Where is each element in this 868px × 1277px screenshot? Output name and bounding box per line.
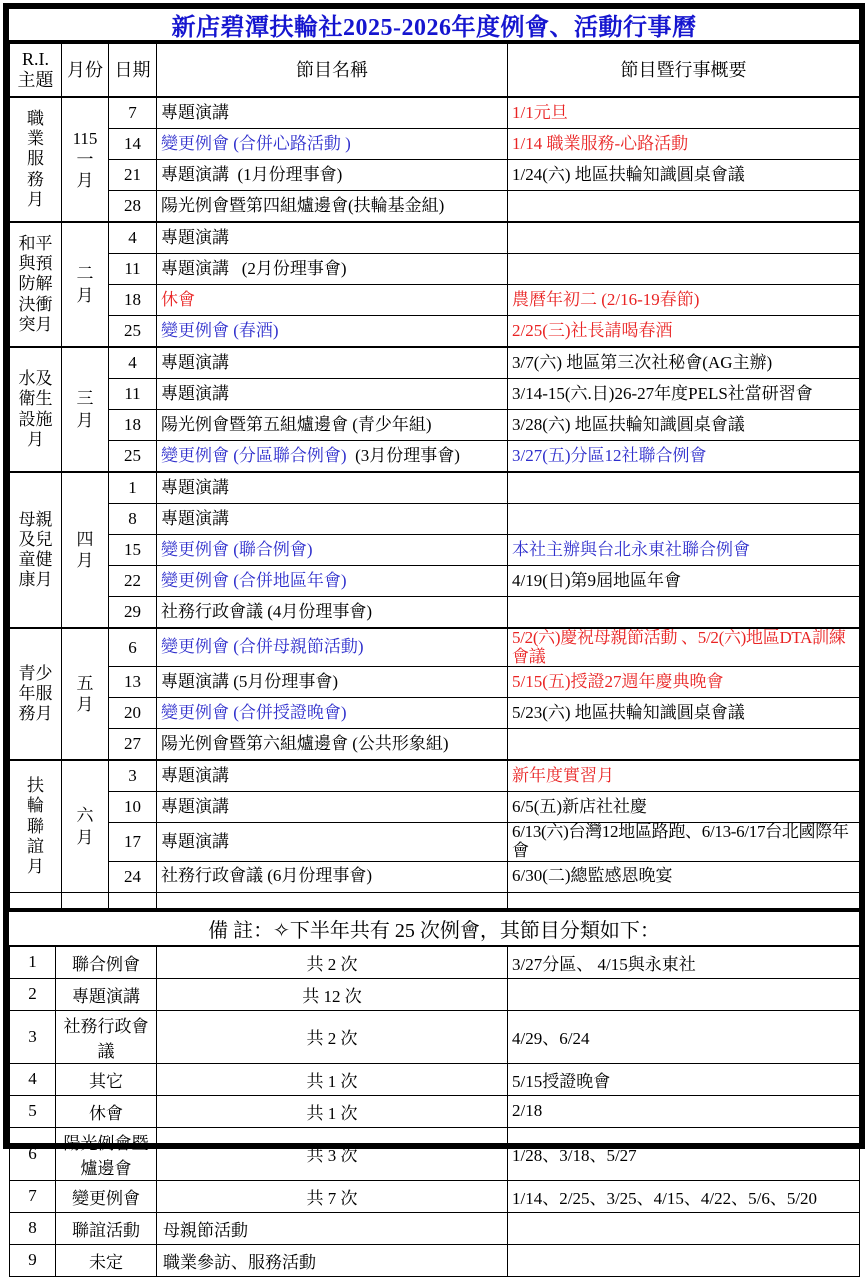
program-cell: 變更例會 (春酒) — [157, 316, 508, 348]
calendar-row-month4-29: 29社務行政會議 (4月份理事會) — [10, 597, 860, 629]
calendar-row-month6-10: 10專題演講6/5(五)新店社社慶 — [10, 792, 860, 823]
summary-cell — [508, 191, 860, 223]
date-cell: 18 — [109, 285, 157, 316]
summary-row-1: 1聯合例會共 2 次3/27分區、 4/15與永東社 — [10, 946, 860, 978]
program-cell: 專題演講 — [157, 379, 508, 410]
program-text: 專題演講 (5月份理事會) — [161, 672, 338, 691]
program-cell: 休會 — [157, 285, 508, 316]
summary-no-cell: 3 — [10, 1010, 56, 1063]
summary-count-cell: 共 1 次 — [157, 1095, 508, 1127]
summary-cell — [508, 597, 860, 629]
summary-count-cell: 共 7 次 — [157, 1180, 508, 1212]
program-text: 專題演講 — [161, 478, 229, 497]
summary-row-7: 7變更例會共 7 次1/14、2/25、3/25、4/15、4/22、5/6、5… — [10, 1180, 860, 1212]
date-cell: 24 — [109, 861, 157, 892]
calendar-row-month1-7: 職業服務月115一月7專題演講1/1元旦 — [10, 97, 860, 129]
header-ri-line2: 主題 — [11, 70, 60, 91]
program-cell: 社務行政會議 (6月份理事會) — [157, 861, 508, 892]
date-cell: 14 — [109, 129, 157, 160]
program-cell: 專題演講 — [157, 760, 508, 792]
program-text: 專題演講 — [161, 228, 229, 247]
summary-cell: 6/13(六)台灣12地區路跑、6/13-6/17台北國際年會 — [508, 823, 860, 861]
program-cell: 專題演講 — [157, 823, 508, 861]
header-ri-theme: R.I. 主題 — [10, 44, 62, 98]
program-text: 專題演講 — [161, 766, 229, 785]
summary-no-cell: 1 — [10, 946, 56, 978]
summary-row-9: 9未定職業參訪、服務活動 — [10, 1244, 860, 1276]
summary-category-cell: 聯合例會 — [56, 946, 157, 978]
theme-cell-month2: 和平與預防解決衝突月 — [10, 222, 62, 347]
program-text: 陽光例會暨第六組爐邊會 (公共形象組) — [161, 734, 449, 753]
calendar-row-month5-27: 27陽光例會暨第六組爐邊會 (公共形象組) — [10, 729, 860, 761]
summary-category-cell: 其它 — [56, 1063, 157, 1095]
summary-detail-cell: 1/28、3/18、5/27 — [508, 1127, 860, 1180]
program-text: 休會 — [161, 290, 195, 309]
summary-count-cell: 共 1 次 — [157, 1063, 508, 1095]
empty-cell — [508, 892, 860, 908]
summary-detail-cell — [508, 1244, 860, 1276]
program-text: 變更例會 (聯合例會) — [161, 540, 313, 559]
date-cell: 3 — [109, 760, 157, 792]
summary-detail-cell: 1/14、2/25、3/25、4/15、4/22、5/6、5/20 — [508, 1180, 860, 1212]
empty-cell — [62, 892, 109, 908]
program-text: 社務行政會議 (6月份理事會) — [161, 866, 372, 885]
calendar-row-month1-28: 28陽光例會暨第四組爐邊會(扶輪基金組) — [10, 191, 860, 223]
calendar-table: R.I. 主題 月份 日期 節目名稱 節目暨行事概要 職業服務月115一月7專題… — [9, 43, 860, 909]
theme-cell-month6: 扶輪聯誼月 — [10, 760, 62, 892]
program-text: 變更例會 (合併心路活動 ) — [161, 134, 351, 153]
summary-count-cell: 共 3 次 — [157, 1127, 508, 1180]
program-text: 專題演講 — [161, 103, 229, 122]
summary-cell: 3/28(六) 地區扶輪知識圓桌會議 — [508, 410, 860, 441]
program-text: 專題演講 (2月份理事會) — [161, 259, 347, 278]
date-cell: 11 — [109, 379, 157, 410]
program-cell: 專題演講 — [157, 347, 508, 379]
header-date: 日期 — [109, 44, 157, 98]
program-cell: 變更例會 (合併心路活動 ) — [157, 129, 508, 160]
summary-row-6: 6陽光例會暨爐邊會共 3 次1/28、3/18、5/27 — [10, 1127, 860, 1180]
summary-no-cell: 4 — [10, 1063, 56, 1095]
theme-cell-month4: 母親及兒童健康月 — [10, 472, 62, 628]
summary-detail-cell — [508, 1212, 860, 1244]
program-text: 社務行政會議 (4月份理事會) — [161, 602, 372, 621]
date-cell: 18 — [109, 410, 157, 441]
header-program: 節目名稱 — [157, 44, 508, 98]
calendar-row-month6-24: 24社務行政會議 (6月份理事會)6/30(二)總監感恩晚宴 — [10, 861, 860, 892]
date-cell: 6 — [109, 628, 157, 667]
summary-count-cell: 共 2 次 — [157, 1010, 508, 1063]
calendar-row-month2-18: 18休會農曆年初二 (2/16-19春節) — [10, 285, 860, 316]
summary-cell: 2/25(三)社長請喝春酒 — [508, 316, 860, 348]
calendar-row-month3-18: 18陽光例會暨第五組爐邊會 (青少年組)3/28(六) 地區扶輪知識圓桌會議 — [10, 410, 860, 441]
summary-table: 1聯合例會共 2 次3/27分區、 4/15與永東社2專題演講共 12 次3社務… — [9, 946, 860, 1277]
date-cell: 25 — [109, 441, 157, 473]
summary-cell: 3/7(六) 地區第三次社秘會(AG主辦) — [508, 347, 860, 379]
program-text: 陽光例會暨第四組爐邊會(扶輪基金組) — [161, 196, 444, 215]
month-cell-month5: 五月 — [62, 628, 109, 760]
program-cell: 陽光例會暨第四組爐邊會(扶輪基金組) — [157, 191, 508, 223]
program-cell: 社務行政會議 (4月份理事會) — [157, 597, 508, 629]
calendar-row-month5-6: 青少年服務月五月6變更例會 (合併母親節活動)5/2(六)慶祝母親節活動 、5/… — [10, 628, 860, 667]
summary-no-cell: 5 — [10, 1095, 56, 1127]
summary-cell: 4/19(日)第9屆地區年會 — [508, 566, 860, 597]
summary-cell: 6/5(五)新店社社慶 — [508, 792, 860, 823]
date-cell: 27 — [109, 729, 157, 761]
program-text: 專題演講 — [161, 384, 229, 403]
summary-row-3: 3社務行政會議共 2 次4/29、6/24 — [10, 1010, 860, 1063]
program-cell: 專題演講 — [157, 504, 508, 535]
header-summary: 節目暨行事概要 — [508, 44, 860, 98]
summary-cell — [508, 504, 860, 535]
date-cell: 20 — [109, 698, 157, 729]
summary-category-cell: 聯誼活動 — [56, 1212, 157, 1244]
calendar-row-month6-17: 17專題演講6/13(六)台灣12地區路跑、6/13-6/17台北國際年會 — [10, 823, 860, 861]
program-text: 專題演講 — [161, 832, 229, 851]
month-cell-month1: 115一月 — [62, 97, 109, 222]
program-cell: 專題演講 — [157, 222, 508, 254]
summary-cell: 5/23(六) 地區扶輪知識圓桌會議 — [508, 698, 860, 729]
summary-cell: 3/27(五)分區12社聯合例會 — [508, 441, 860, 473]
date-cell: 22 — [109, 566, 157, 597]
date-cell: 15 — [109, 535, 157, 566]
month-cell-month4: 四月 — [62, 472, 109, 628]
summary-row-4: 4其它共 1 次5/15授證晚會 — [10, 1063, 860, 1095]
summary-row-2: 2專題演講共 12 次 — [10, 978, 860, 1010]
calendar-row-month3-11: 11專題演講3/14-15(六.日)26-27年度PELS社當研習會 — [10, 379, 860, 410]
date-cell: 11 — [109, 254, 157, 285]
summary-detail-cell: 4/29、6/24 — [508, 1010, 860, 1063]
empty-cell — [10, 892, 62, 908]
program-cell: 專題演講 (1月份理事會) — [157, 160, 508, 191]
program-cell: 變更例會 (合併授證晚會) — [157, 698, 508, 729]
summary-cell: 1/24(六) 地區扶輪知識圓桌會議 — [508, 160, 860, 191]
date-cell: 1 — [109, 472, 157, 504]
summary-cell — [508, 729, 860, 761]
program-cell: 專題演講 (5月份理事會) — [157, 667, 508, 698]
header-row: R.I. 主題 月份 日期 節目名稱 節目暨行事概要 — [10, 44, 860, 98]
calendar-row-month1-21: 21專題演講 (1月份理事會)1/24(六) 地區扶輪知識圓桌會議 — [10, 160, 860, 191]
program-text: 專題演講 — [161, 797, 229, 816]
summary-detail-cell — [508, 978, 860, 1010]
summary-category-cell: 陽光例會暨爐邊會 — [56, 1127, 157, 1180]
summary-cell — [508, 222, 860, 254]
calendar-row-month4-22: 22變更例會 (合併地區年會)4/19(日)第9屆地區年會 — [10, 566, 860, 597]
note-row: 備 註：✧下半年共有 25 次例會，其節目分類如下： — [9, 909, 859, 946]
summary-cell: 本社主辦與台北永東社聯合例會 — [508, 535, 860, 566]
month-cell-month2: 二月 — [62, 222, 109, 347]
program-extra-text: (3月份理事會) — [347, 446, 460, 465]
summary-count-cell: 共 2 次 — [157, 946, 508, 978]
summary-cell: 農曆年初二 (2/16-19春節) — [508, 285, 860, 316]
calendar-row-month1-14: 14變更例會 (合併心路活動 )1/14 職業服務-心路活動 — [10, 129, 860, 160]
program-text: 變更例會 (合併地區年會) — [161, 571, 347, 590]
program-text: 專題演講 — [161, 353, 229, 372]
program-cell: 陽光例會暨第五組爐邊會 (青少年組) — [157, 410, 508, 441]
date-cell: 7 — [109, 97, 157, 129]
summary-cell: 1/14 職業服務-心路活動 — [508, 129, 860, 160]
title-row: 新店碧潭扶輪社2025-2026年度例會、活動行事曆 — [9, 9, 859, 43]
program-text: 專題演講 — [161, 509, 229, 528]
summary-cell: 1/1元旦 — [508, 97, 860, 129]
date-cell: 25 — [109, 316, 157, 348]
date-cell: 21 — [109, 160, 157, 191]
program-cell: 專題演講 — [157, 792, 508, 823]
summary-count-cell: 母親節活動 — [157, 1212, 508, 1244]
summary-count-cell: 共 12 次 — [157, 978, 508, 1010]
program-cell: 變更例會 (聯合例會) — [157, 535, 508, 566]
date-cell: 13 — [109, 667, 157, 698]
program-cell: 變更例會 (合併地區年會) — [157, 566, 508, 597]
program-text: 陽光例會暨第五組爐邊會 (青少年組) — [161, 415, 432, 434]
program-text: 變更例會 (分區聯合例會) — [161, 446, 347, 465]
summary-cell: 5/2(六)慶祝母親節活動 、5/2(六)地區DTA訓練會議 — [508, 628, 860, 667]
calendar-row-month4-15: 15變更例會 (聯合例會)本社主辦與台北永東社聯合例會 — [10, 535, 860, 566]
calendar-row-month2-11: 11專題演講 (2月份理事會) — [10, 254, 860, 285]
program-cell: 專題演講 (2月份理事會) — [157, 254, 508, 285]
summary-category-cell: 社務行政會議 — [56, 1010, 157, 1063]
program-text: 變更例會 (合併授證晚會) — [161, 703, 347, 722]
date-cell: 4 — [109, 347, 157, 379]
summary-category-cell: 專題演講 — [56, 978, 157, 1010]
summary-count-cell: 職業參訪、服務活動 — [157, 1244, 508, 1276]
summary-detail-cell: 2/18 — [508, 1095, 860, 1127]
calendar-row-month3-4: 水及衛生設施月三月4專題演講3/7(六) 地區第三次社秘會(AG主辦) — [10, 347, 860, 379]
date-cell: 10 — [109, 792, 157, 823]
empty-spacer-row — [10, 892, 860, 908]
program-cell: 陽光例會暨第六組爐邊會 (公共形象組) — [157, 729, 508, 761]
program-cell: 專題演講 — [157, 97, 508, 129]
header-month: 月份 — [62, 44, 109, 98]
summary-no-cell: 6 — [10, 1127, 56, 1180]
theme-cell-month3: 水及衛生設施月 — [10, 347, 62, 472]
calendar-row-month5-13: 13專題演講 (5月份理事會)5/15(五)授證27週年慶典晚會 — [10, 667, 860, 698]
month-cell-month6: 六月 — [62, 760, 109, 892]
program-cell: 專題演講 — [157, 472, 508, 504]
calendar-row-month5-20: 20變更例會 (合併授證晚會)5/23(六) 地區扶輪知識圓桌會議 — [10, 698, 860, 729]
program-text: 專題演講 (1月份理事會) — [161, 165, 342, 184]
summary-detail-cell: 5/15授證晚會 — [508, 1063, 860, 1095]
note-text: 備 註：✧下半年共有 25 次例會，其節目分類如下： — [208, 914, 660, 943]
summary-cell — [508, 254, 860, 285]
empty-cell — [157, 892, 508, 908]
calendar-row-month2-4: 和平與預防解決衝突月二月4專題演講 — [10, 222, 860, 254]
header-ri-line1: R.I. — [11, 49, 60, 70]
theme-cell-month1: 職業服務月 — [10, 97, 62, 222]
date-cell: 28 — [109, 191, 157, 223]
summary-cell: 6/30(二)總監感恩晚宴 — [508, 861, 860, 892]
empty-cell — [109, 892, 157, 908]
calendar-row-month4-1: 母親及兒童健康月四月1專題演講 — [10, 472, 860, 504]
summary-no-cell: 9 — [10, 1244, 56, 1276]
calendar-row-month3-25: 25變更例會 (分區聯合例會) (3月份理事會)3/27(五)分區12社聯合例會 — [10, 441, 860, 473]
calendar-row-month4-8: 8專題演講 — [10, 504, 860, 535]
date-cell: 8 — [109, 504, 157, 535]
program-cell: 變更例會 (合併母親節活動) — [157, 628, 508, 667]
date-cell: 17 — [109, 823, 157, 861]
summary-cell — [508, 472, 860, 504]
summary-no-cell: 2 — [10, 978, 56, 1010]
calendar-row-month2-25: 25變更例會 (春酒)2/25(三)社長請喝春酒 — [10, 316, 860, 348]
summary-row-5: 5休會共 1 次2/18 — [10, 1095, 860, 1127]
program-text: 變更例會 (合併母親節活動) — [161, 637, 364, 656]
date-cell: 29 — [109, 597, 157, 629]
page-title: 新店碧潭扶輪社2025-2026年度例會、活動行事曆 — [172, 7, 697, 42]
calendar-document: 新店碧潭扶輪社2025-2026年度例會、活動行事曆 R.I. 主題 月份 日期… — [3, 3, 865, 1149]
summary-category-cell: 未定 — [56, 1244, 157, 1276]
summary-cell: 3/14-15(六.日)26-27年度PELS社當研習會 — [508, 379, 860, 410]
program-cell: 變更例會 (分區聯合例會) (3月份理事會) — [157, 441, 508, 473]
month-cell-month3: 三月 — [62, 347, 109, 472]
calendar-row-month6-3: 扶輪聯誼月六月3專題演講新年度實習月 — [10, 760, 860, 792]
summary-category-cell: 變更例會 — [56, 1180, 157, 1212]
program-text: 變更例會 (春酒) — [161, 321, 279, 340]
summary-cell: 5/15(五)授證27週年慶典晚會 — [508, 667, 860, 698]
summary-row-8: 8聯誼活動母親節活動 — [10, 1212, 860, 1244]
theme-cell-month5: 青少年服務月 — [10, 628, 62, 760]
summary-no-cell: 7 — [10, 1180, 56, 1212]
summary-detail-cell: 3/27分區、 4/15與永東社 — [508, 946, 860, 978]
summary-no-cell: 8 — [10, 1212, 56, 1244]
summary-cell: 新年度實習月 — [508, 760, 860, 792]
date-cell: 4 — [109, 222, 157, 254]
summary-category-cell: 休會 — [56, 1095, 157, 1127]
